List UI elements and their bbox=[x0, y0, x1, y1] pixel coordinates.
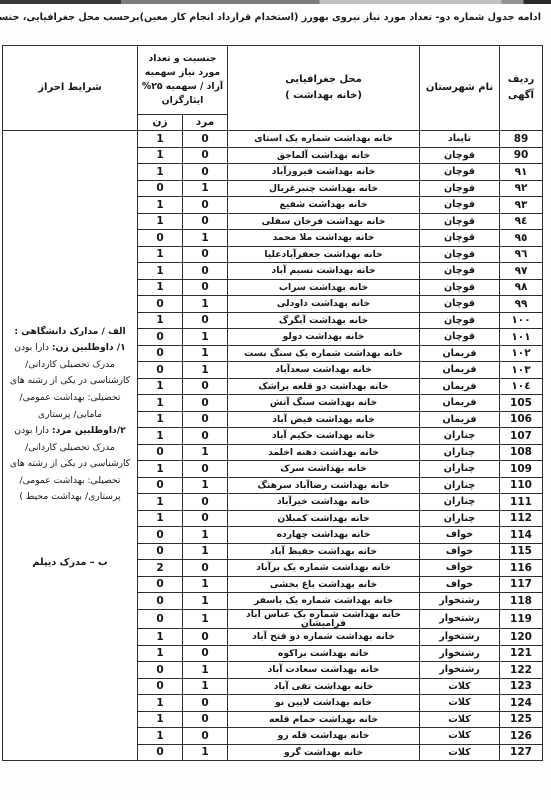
cell-female-count: 0 bbox=[138, 296, 183, 313]
cell-female-count: 1 bbox=[138, 629, 183, 646]
cell-location: خانه بهداشت حکیم آباد bbox=[228, 428, 420, 445]
cell-county: رشتخوار bbox=[420, 593, 500, 610]
cell-female-count: 1 bbox=[138, 246, 183, 263]
cell-male-count: 0 bbox=[183, 131, 228, 148]
scan-edge-artifact bbox=[0, 0, 551, 4]
cell-row-id: ١٠٤ bbox=[500, 378, 543, 395]
cell-county: چناران bbox=[420, 510, 500, 527]
cell-location: خانه بهداشت شماره یک عباس آباد فرامیشان bbox=[228, 609, 420, 628]
cell-location: خانه بهداشت چنبرغربال bbox=[228, 180, 420, 197]
cell-male-count: 1 bbox=[183, 662, 228, 679]
cell-county: کلات bbox=[420, 728, 500, 745]
cell-female-count: 0 bbox=[138, 576, 183, 593]
cell-row-id: 118 bbox=[500, 593, 543, 610]
cell-female-count: 1 bbox=[138, 494, 183, 511]
cell-female-count: 0 bbox=[138, 180, 183, 197]
cell-location: خانه بهداشت فرخان سفلی bbox=[228, 213, 420, 230]
cell-row-id: 119 bbox=[500, 609, 543, 628]
cell-row-id: 123 bbox=[500, 678, 543, 695]
cell-male-count: 0 bbox=[183, 695, 228, 712]
cell-row-id: 126 bbox=[500, 728, 543, 745]
cell-female-count: 1 bbox=[138, 131, 183, 148]
cell-row-id: 122 bbox=[500, 662, 543, 679]
cell-row-id: ٩٧ bbox=[500, 263, 543, 280]
cell-county: خواف bbox=[420, 560, 500, 577]
cell-male-count: 0 bbox=[183, 428, 228, 445]
cell-county: کلات bbox=[420, 695, 500, 712]
cell-county: چناران bbox=[420, 444, 500, 461]
cell-female-count: 1 bbox=[138, 728, 183, 745]
cell-female-count: 1 bbox=[138, 263, 183, 280]
cell-male-count: 1 bbox=[183, 576, 228, 593]
cell-female-count: 1 bbox=[138, 395, 183, 412]
cell-county: قوچان bbox=[420, 213, 500, 230]
cell-female-count: 0 bbox=[138, 543, 183, 560]
cell-county: خواف bbox=[420, 527, 500, 544]
cell-county: رشتخوار bbox=[420, 645, 500, 662]
cell-county: فریمان bbox=[420, 395, 500, 412]
cell-female-count: 0 bbox=[138, 444, 183, 461]
cell-row-id: ٩٨ bbox=[500, 279, 543, 296]
cell-male-count: 1 bbox=[183, 230, 228, 247]
cell-female-count: 1 bbox=[138, 461, 183, 478]
cell-county: چناران bbox=[420, 494, 500, 511]
cell-male-count: 1 bbox=[183, 609, 228, 628]
cell-row-id: 121 bbox=[500, 645, 543, 662]
cell-row-id: ٩٦ bbox=[500, 246, 543, 263]
cell-location: خانه بهداشت باغ بخشی bbox=[228, 576, 420, 593]
cell-location: خانه بهداشت فیض آباد bbox=[228, 411, 420, 428]
cell-location: خانه بهداشت شفیع bbox=[228, 197, 420, 214]
cell-female-count: 0 bbox=[138, 362, 183, 379]
cell-row-id: 124 bbox=[500, 695, 543, 712]
cell-county: قوچان bbox=[420, 197, 500, 214]
cell-location: خانه بهداشت سعادت آباد bbox=[228, 662, 420, 679]
cell-male-count: 0 bbox=[183, 560, 228, 577]
cell-county: کلات bbox=[420, 744, 500, 761]
cell-location: خانه بهداشت فیروزآباد bbox=[228, 164, 420, 181]
cell-location: خانه بهداشت دو قلعه براشک bbox=[228, 378, 420, 395]
cell-female-count: 1 bbox=[138, 197, 183, 214]
cell-female-count: 1 bbox=[138, 510, 183, 527]
header-location-line1: محل جغرافیایی bbox=[285, 74, 362, 85]
cell-county: کلات bbox=[420, 678, 500, 695]
cell-female-count: 0 bbox=[138, 329, 183, 346]
cell-male-count: 1 bbox=[183, 527, 228, 544]
scanned-document-page: ادامه جدول شماره دو- تعداد مورد نیاز نیر… bbox=[0, 0, 551, 800]
cell-female-count: 1 bbox=[138, 428, 183, 445]
cell-male-count: 1 bbox=[183, 744, 228, 761]
cell-location: خانه بهداشت دولو bbox=[228, 329, 420, 346]
header-gender-quota: جنسیت و تعداد مورد نیاز سهمیه آزاد / سهم… bbox=[138, 46, 228, 115]
cell-location: خانه بهداشت شماره یک سنگ بست bbox=[228, 345, 420, 362]
cell-row-id: ٩٤ bbox=[500, 213, 543, 230]
cell-male-count: 1 bbox=[183, 593, 228, 610]
cell-row-id: 107 bbox=[500, 428, 543, 445]
cell-male-count: 1 bbox=[183, 678, 228, 695]
header-county: نام شهرستان bbox=[420, 46, 500, 131]
cell-location: خانه بهداشت لایین نو bbox=[228, 695, 420, 712]
cell-female-count: 1 bbox=[138, 279, 183, 296]
cell-male-count: 0 bbox=[183, 279, 228, 296]
cell-female-count: 1 bbox=[138, 378, 183, 395]
cell-county: خواف bbox=[420, 543, 500, 560]
header-male: مرد bbox=[183, 115, 228, 131]
cell-county: چناران bbox=[420, 461, 500, 478]
cell-row-id: 89 bbox=[500, 131, 543, 148]
cell-row-id: ٩٣ bbox=[500, 197, 543, 214]
cell-location: خانه بهداشت شماره دو فتح آباد bbox=[228, 629, 420, 646]
cell-male-count: 0 bbox=[183, 263, 228, 280]
cell-county: فریمان bbox=[420, 378, 500, 395]
cell-row-id: 112 bbox=[500, 510, 543, 527]
cell-location: خانه بهداشت جعفرآبادعلیا bbox=[228, 246, 420, 263]
cell-location: خانه بهداشت خیرآباد bbox=[228, 494, 420, 511]
cell-county: رشتخوار bbox=[420, 629, 500, 646]
cell-location: خانه بهداشت حفیظ آباد bbox=[228, 543, 420, 560]
cell-location: خانه بهداشت کمبلان bbox=[228, 510, 420, 527]
cell-row-id: ٩٢ bbox=[500, 180, 543, 197]
cell-location: خانه بهداشت آلماجق bbox=[228, 147, 420, 164]
requirements-cell: الف / مدارک دانشگاهی :۱/ داوطلبین زن: دا… bbox=[3, 131, 138, 761]
cell-county: فریمان bbox=[420, 345, 500, 362]
cell-row-id: ١٠٠ bbox=[500, 312, 543, 329]
cell-male-count: 0 bbox=[183, 645, 228, 662]
header-row-id: ردیف آگهی bbox=[500, 46, 543, 131]
cell-row-id: 125 bbox=[500, 711, 543, 728]
cell-location: خانه بهداشت ملا محمد bbox=[228, 230, 420, 247]
cell-female-count: 0 bbox=[138, 678, 183, 695]
cell-male-count: 0 bbox=[183, 213, 228, 230]
table-body: 89 تایباد خانه بهداشت شماره یک استای 0 1… bbox=[3, 131, 543, 761]
cell-male-count: 0 bbox=[183, 728, 228, 745]
cell-male-count: 0 bbox=[183, 312, 228, 329]
requirements-text-a: الف / مدارک دانشگاهی :۱/ داوطلبین زن: دا… bbox=[6, 324, 134, 506]
cell-location: خانه بهداشت آبگرگ bbox=[228, 312, 420, 329]
cell-row-id: ١٠١ bbox=[500, 329, 543, 346]
cell-male-count: 0 bbox=[183, 494, 228, 511]
cell-male-count: 0 bbox=[183, 711, 228, 728]
cell-row-id: 109 bbox=[500, 461, 543, 478]
cell-row-id: 115 bbox=[500, 543, 543, 560]
cell-male-count: 1 bbox=[183, 362, 228, 379]
cell-county: فریمان bbox=[420, 362, 500, 379]
header-female: زن bbox=[138, 115, 183, 131]
header-requirements: شرایط احراز bbox=[3, 46, 138, 131]
cell-female-count: 0 bbox=[138, 744, 183, 761]
cell-male-count: 1 bbox=[183, 345, 228, 362]
cell-male-count: 1 bbox=[183, 296, 228, 313]
cell-county: قوچان bbox=[420, 312, 500, 329]
requirement-item2-text: دارا بودن مدرک تحصیلی کاردانی/کارشناسی د… bbox=[10, 425, 130, 502]
cell-county: چناران bbox=[420, 477, 500, 494]
cell-county: چناران bbox=[420, 428, 500, 445]
requirements-section-b: ب – مدرک دیپلم bbox=[32, 558, 107, 568]
cell-female-count: 0 bbox=[138, 662, 183, 679]
cell-row-id: 114 bbox=[500, 527, 543, 544]
cell-female-count: 1 bbox=[138, 645, 183, 662]
cell-male-count: 1 bbox=[183, 444, 228, 461]
cell-county: قوچان bbox=[420, 246, 500, 263]
cell-male-count: 1 bbox=[183, 543, 228, 560]
cell-female-count: 0 bbox=[138, 345, 183, 362]
cell-male-count: 1 bbox=[183, 180, 228, 197]
cell-county: تایباد bbox=[420, 131, 500, 148]
cell-row-id: ١٠٢ bbox=[500, 345, 543, 362]
cell-county: خواف bbox=[420, 576, 500, 593]
cell-row-id: ١٠٣ bbox=[500, 362, 543, 379]
cell-location: خانه بهداشت نسیم آباد bbox=[228, 263, 420, 280]
cell-county: قوچان bbox=[420, 296, 500, 313]
cell-female-count: 0 bbox=[138, 527, 183, 544]
cell-location: خانه بهداشت سنگ آتش bbox=[228, 395, 420, 412]
cell-location: خانه بهداشت چهارده bbox=[228, 527, 420, 544]
cell-location: خانه بهداشت شماره یک باسفر bbox=[228, 593, 420, 610]
requirements-section-a-title: الف / مدارک دانشگاهی : bbox=[14, 326, 125, 337]
table-header: ردیف آگهی نام شهرستان محل جغرافیایی (خان… bbox=[3, 46, 543, 131]
cell-location: خانه بهداشت رضاآباد سرهنگ bbox=[228, 477, 420, 494]
page-title: ادامه جدول شماره دو- تعداد مورد نیاز نیر… bbox=[10, 12, 541, 23]
cell-female-count: 0 bbox=[138, 609, 183, 628]
cell-county: کلات bbox=[420, 711, 500, 728]
cell-location: خانه بهداشت داودلی bbox=[228, 296, 420, 313]
cell-county: قوچان bbox=[420, 147, 500, 164]
cell-county: قوچان bbox=[420, 230, 500, 247]
cell-location: خانه بهداشت قله زو bbox=[228, 728, 420, 745]
cell-county: قوچان bbox=[420, 279, 500, 296]
cell-female-count: 1 bbox=[138, 711, 183, 728]
cell-row-id: 108 bbox=[500, 444, 543, 461]
cell-female-count: 0 bbox=[138, 477, 183, 494]
cell-female-count: 0 bbox=[138, 593, 183, 610]
cell-location: خانه بهداشت حمام قلعه bbox=[228, 711, 420, 728]
cell-county: رشتخوار bbox=[420, 609, 500, 628]
cell-row-id: 116 bbox=[500, 560, 543, 577]
cell-male-count: 0 bbox=[183, 461, 228, 478]
cell-male-count: 1 bbox=[183, 329, 228, 346]
cell-male-count: 0 bbox=[183, 395, 228, 412]
cell-male-count: 0 bbox=[183, 246, 228, 263]
cell-male-count: 0 bbox=[183, 411, 228, 428]
requirement-item1-text: دارا بودن مدرک تحصیلی کاردانی/کارشناسی د… bbox=[10, 342, 130, 419]
requirement-item1-label: ۱/ داوطلبین زن: bbox=[52, 342, 126, 353]
cell-location: خانه بهداشت شماره یک برآباد bbox=[228, 560, 420, 577]
cell-row-id: 105 bbox=[500, 395, 543, 412]
cell-location: خانه بهداشت سعدآباد bbox=[228, 362, 420, 379]
cell-female-count: 1 bbox=[138, 695, 183, 712]
cell-female-count: 1 bbox=[138, 164, 183, 181]
requirement-item2-label: ۲/داوطلبین مرد: bbox=[52, 425, 126, 436]
cell-county: قوچان bbox=[420, 180, 500, 197]
cell-female-count: 1 bbox=[138, 312, 183, 329]
cell-county: رشتخوار bbox=[420, 662, 500, 679]
header-location: محل جغرافیایی (خانه بهداشت ) bbox=[228, 46, 420, 131]
cell-female-count: 1 bbox=[138, 213, 183, 230]
cell-female-count: 1 bbox=[138, 411, 183, 428]
cell-male-count: 0 bbox=[183, 197, 228, 214]
cell-female-count: 1 bbox=[138, 147, 183, 164]
cell-row-id: ٩٥ bbox=[500, 230, 543, 247]
cell-row-id: 120 bbox=[500, 629, 543, 646]
cell-male-count: 0 bbox=[183, 378, 228, 395]
cell-row-id: 117 bbox=[500, 576, 543, 593]
table-row: 89 تایباد خانه بهداشت شماره یک استای 0 1… bbox=[3, 131, 543, 148]
cell-female-count: 0 bbox=[138, 230, 183, 247]
cell-location: خانه بهداشت تقی آباد bbox=[228, 678, 420, 695]
cell-male-count: 0 bbox=[183, 510, 228, 527]
cell-county: فریمان bbox=[420, 411, 500, 428]
cell-location: خانه بهداشت سراب bbox=[228, 279, 420, 296]
cell-male-count: 1 bbox=[183, 477, 228, 494]
cell-location: خانه بهداشت براکوه bbox=[228, 645, 420, 662]
cell-male-count: 0 bbox=[183, 629, 228, 646]
cell-county: قوچان bbox=[420, 164, 500, 181]
cell-male-count: 0 bbox=[183, 147, 228, 164]
cell-male-count: 0 bbox=[183, 164, 228, 181]
cell-location: خانه بهداشت سرک bbox=[228, 461, 420, 478]
cell-row-id: 90 bbox=[500, 147, 543, 164]
cell-row-id: 106 bbox=[500, 411, 543, 428]
recruitment-table: ردیف آگهی نام شهرستان محل جغرافیایی (خان… bbox=[2, 45, 543, 761]
cell-female-count: 2 bbox=[138, 560, 183, 577]
cell-row-id: 110 bbox=[500, 477, 543, 494]
cell-row-id: 111 bbox=[500, 494, 543, 511]
cell-row-id: ٩٩ bbox=[500, 296, 543, 313]
cell-row-id: 127 bbox=[500, 744, 543, 761]
cell-row-id: ٩١ bbox=[500, 164, 543, 181]
header-location-line2: (خانه بهداشت ) bbox=[285, 90, 362, 101]
cell-county: قوچان bbox=[420, 329, 500, 346]
cell-location: خانه بهداشت گرو bbox=[228, 744, 420, 761]
cell-location: خانه بهداشت دهنه اخلمد bbox=[228, 444, 420, 461]
cell-location: خانه بهداشت شماره یک استای bbox=[228, 131, 420, 148]
cell-county: قوچان bbox=[420, 263, 500, 280]
